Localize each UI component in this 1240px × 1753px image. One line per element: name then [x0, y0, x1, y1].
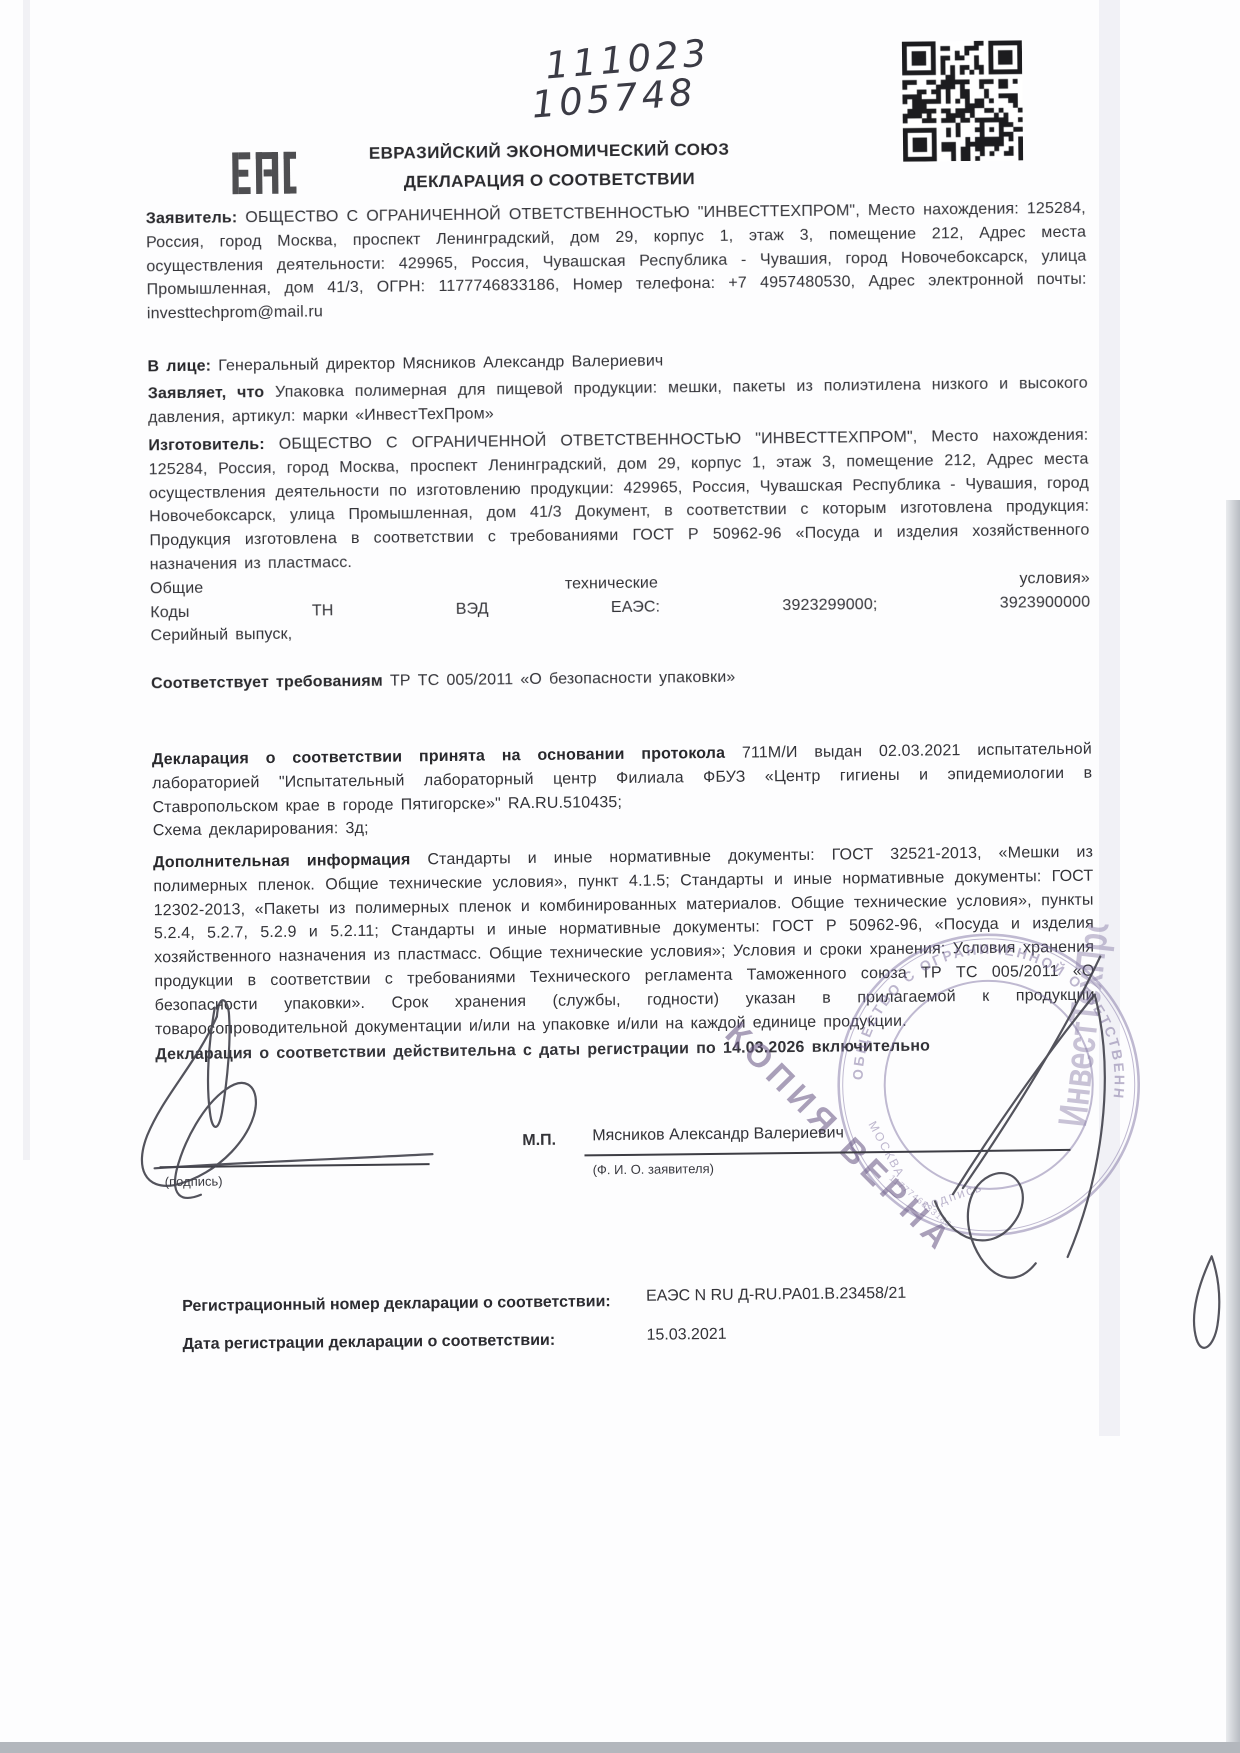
person-text: Генеральный директор Мясников Александр …: [218, 352, 663, 374]
manufacturer-text: ОБЩЕСТВО С ОГРАНИЧЕННОЙ ОТВЕТСТВЕННОСТЬЮ…: [149, 427, 1090, 574]
conforms-paragraph: Соответствует требованиям ТР ТС 005/2011…: [151, 662, 1091, 696]
additional-label: Дополнительная информация: [153, 851, 411, 871]
declares-label: Заявляет, что: [148, 384, 265, 402]
conforms-label: Соответствует требованиям: [151, 673, 383, 693]
basis-paragraph: Декларация о соответствии принята на осн…: [152, 738, 1093, 844]
union-title: ЕВРАЗИЙСКИЙ ЭКОНОМИЧЕСКИЙ СОЮЗ: [143, 137, 955, 166]
applicant-text: ОБЩЕСТВО С ОГРАНИЧЕННОЙ ОТВЕТСТВЕННОСТЬЮ…: [146, 200, 1087, 323]
person-label: В лице:: [147, 358, 211, 376]
declares-paragraph: Заявляет, что Упаковка полимерная для пи…: [148, 372, 1088, 430]
manufacturer-paragraph: Изготовитель: ОБЩЕСТВО С ОГРАНИЧЕННОЙ ОТ…: [148, 424, 1090, 649]
applicant-paragraph: Заявитель: ОБЩЕСТВО С ОГРАНИЧЕННОЙ ОТВЕТ…: [146, 197, 1087, 327]
conforms-text: ТР ТС 005/2011 «О безопасности упаковки»: [390, 669, 736, 690]
declares-text: Упаковка полимерная для пищевой продукци…: [148, 375, 1088, 426]
document-title: ДЕКЛАРАЦИЯ О СООТВЕТСТВИИ: [143, 166, 955, 195]
document-sheet: 111023 105748 ЕВРАЗИЙСКИЙ ЭКОНОМИЧЕСКИЙ …: [0, 0, 1240, 1753]
manufacturer-label: Изготовитель:: [148, 436, 265, 454]
document-header: ЕВРАЗИЙСКИЙ ЭКОНОМИЧЕСКИЙ СОЮЗ ДЕКЛАРАЦИ…: [143, 137, 956, 195]
applicant-label: Заявитель:: [146, 209, 238, 227]
basis-label: Декларация о соответствии принята на осн…: [152, 745, 725, 769]
